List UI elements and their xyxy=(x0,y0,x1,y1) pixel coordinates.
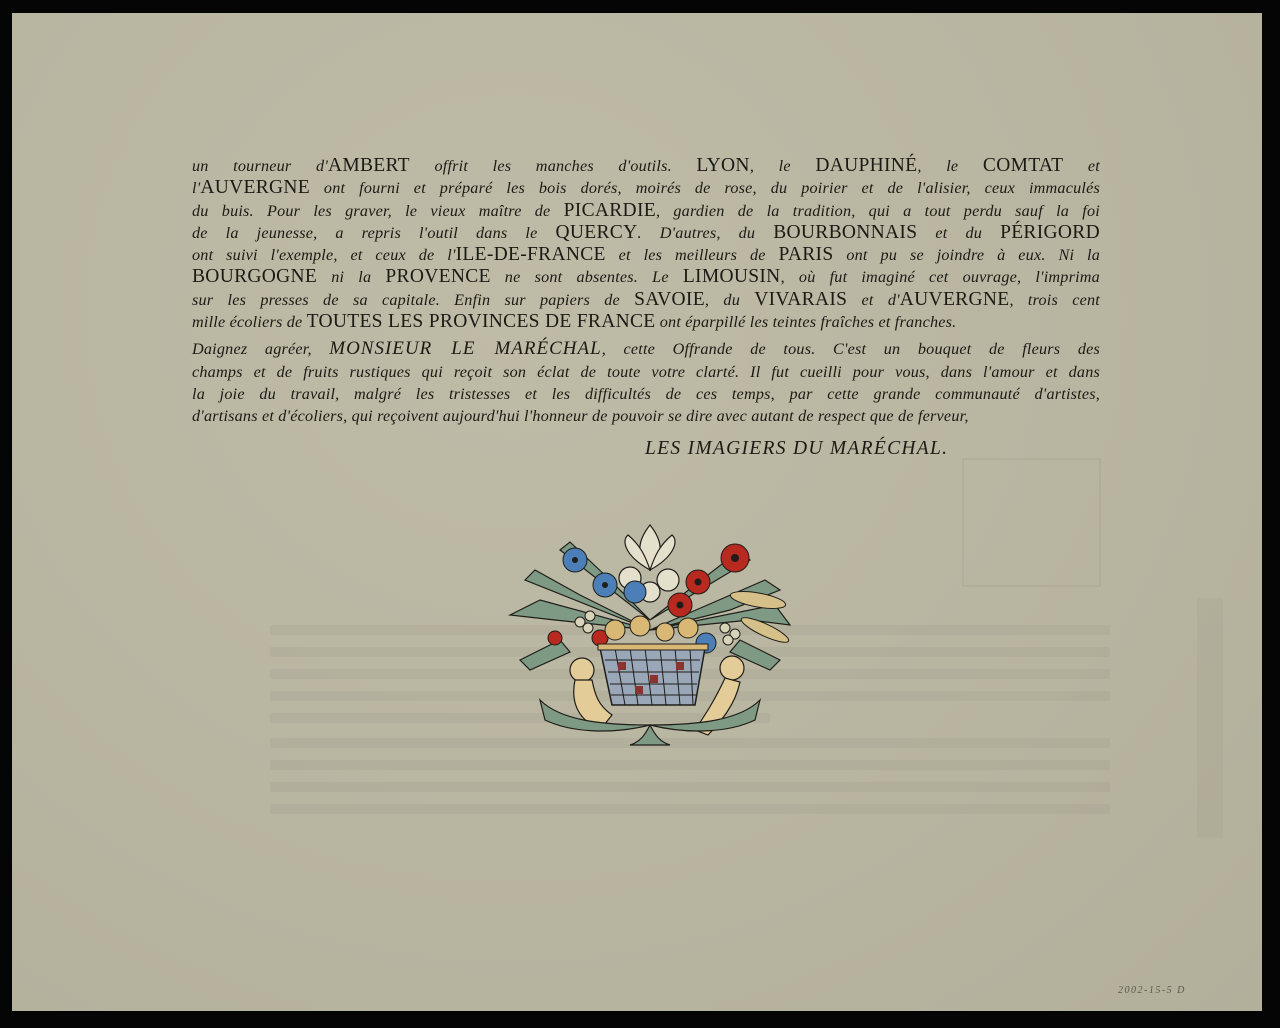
italic-text: , gardien de la tradition, qui a tout pe… xyxy=(656,202,1100,220)
italic-text: , cette Offrande de tous. C'est un bouqu… xyxy=(602,340,1100,358)
italic-text: ont fourni et préparé les bois dorés, mo… xyxy=(310,179,1100,197)
show-through-line xyxy=(270,804,1110,814)
text-line: Daignez agréer, MONSIEUR LE MARÉCHAL, ce… xyxy=(192,338,1100,360)
italic-text: Daignez agréer, xyxy=(192,340,329,358)
text-line: champs et de fruits rustiques qui reçoit… xyxy=(192,361,1100,383)
place-name: ILE-DE-FRANCE xyxy=(456,244,606,265)
place-name: PARIS xyxy=(779,244,834,265)
place-name: COMTAT xyxy=(983,155,1063,176)
italic-text: , le xyxy=(750,157,816,175)
place-name: SAVOIE xyxy=(634,289,705,310)
text-line: l'AUVERGNE ont fourni et préparé les boi… xyxy=(192,177,1100,199)
italic-text: ont éparpillé les teintes fraîches et fr… xyxy=(655,313,956,331)
place-name: AMBERT xyxy=(328,155,410,176)
place-name: PROVENCE xyxy=(385,266,490,287)
italic-text: d'artisans et d'écoliers, qui reçoivent … xyxy=(192,407,969,425)
place-name: QUERCY xyxy=(556,222,638,243)
text-line: la joie du travail, malgré les tristesse… xyxy=(192,383,1100,405)
italic-text: ni la xyxy=(317,268,385,286)
text-line: du buis. Pour les graver, le vieux maîtr… xyxy=(192,200,1100,222)
italic-text: . D'autres, du xyxy=(637,224,773,242)
place-name: AUVERGNE xyxy=(900,289,1010,310)
show-through-column xyxy=(1197,598,1223,838)
place-name: TOUTES LES PROVINCES DE FRANCE xyxy=(307,311,656,332)
place-name: BOURGOGNE xyxy=(192,266,317,287)
italic-text: , le xyxy=(917,157,983,175)
italic-text: sur les presses de sa capitale. Enfin su… xyxy=(192,291,634,309)
italic-text: et d' xyxy=(847,291,900,309)
italic-text: , trois cent xyxy=(1009,291,1100,309)
paragraph-provinces: un tourneur d'AMBERT offrit les manches … xyxy=(192,155,1100,333)
place-name: PICARDIE xyxy=(564,200,656,221)
paragraph-dedication: Daignez agréer, MONSIEUR LE MARÉCHAL, ce… xyxy=(192,338,1100,427)
text-line: ont suivi l'exemple, et ceux de l'ILE-DE… xyxy=(192,244,1100,266)
place-name: BOURBONNAIS xyxy=(773,222,917,243)
text-line: mille écoliers de TOUTES LES PROVINCES D… xyxy=(192,311,1100,333)
place-name: MONSIEUR LE MARÉCHAL xyxy=(329,338,601,359)
italic-text: la joie du travail, malgré les tristesse… xyxy=(192,385,1100,403)
text-line: BOURGOGNE ni la PROVENCE ne sont absente… xyxy=(192,266,1100,288)
inventory-number: 2002-15-5 D xyxy=(1118,985,1186,996)
text-line: de la jeunesse, a repris l'outil dans le… xyxy=(192,222,1100,244)
flower-basket-vignette-icon xyxy=(500,520,800,750)
show-through-initial xyxy=(962,458,1101,587)
place-name: DAUPHINÉ xyxy=(815,155,917,176)
italic-text: mille écoliers de xyxy=(192,313,307,331)
italic-text: ont suivi l'exemple, et ceux de l' xyxy=(192,246,456,264)
italic-text: , où fut imaginé cet ouvrage, l'imprima xyxy=(781,268,1100,286)
text-line: sur les presses de sa capitale. Enfin su… xyxy=(192,289,1100,311)
place-name: LYON xyxy=(696,155,749,176)
italic-text: de la jeunesse, a repris l'outil dans le xyxy=(192,224,556,242)
italic-text: ne sont absentes. Le xyxy=(491,268,683,286)
italic-text: un tourneur d' xyxy=(192,157,328,175)
italic-text: et les meilleurs de xyxy=(606,246,779,264)
italic-text: champs et de fruits rustiques qui reçoit… xyxy=(192,363,1100,381)
text-line: d'artisans et d'écoliers, qui reçoivent … xyxy=(192,405,1100,427)
place-name: LIMOUSIN xyxy=(683,266,781,287)
place-name: PÉRIGORD xyxy=(1000,222,1100,243)
italic-text: , du xyxy=(705,291,754,309)
italic-text: et du xyxy=(917,224,1000,242)
italic-text: offrit les manches d'outils. xyxy=(410,157,697,175)
show-through-line xyxy=(270,782,1110,792)
place-name: VIVARAIS xyxy=(754,289,847,310)
text-line: un tourneur d'AMBERT offrit les manches … xyxy=(192,155,1100,177)
italic-text: ont pu se joindre à eux. Ni la xyxy=(833,246,1100,264)
place-name: AUVERGNE xyxy=(200,177,310,198)
show-through-line xyxy=(270,760,1110,770)
italic-text: et xyxy=(1063,157,1100,175)
signature: LES IMAGIERS DU MARÉCHAL. xyxy=(645,438,948,460)
body-text: un tourneur d'AMBERT offrit les manches … xyxy=(192,155,1100,428)
italic-text: du buis. Pour les graver, le vieux maîtr… xyxy=(192,202,564,220)
